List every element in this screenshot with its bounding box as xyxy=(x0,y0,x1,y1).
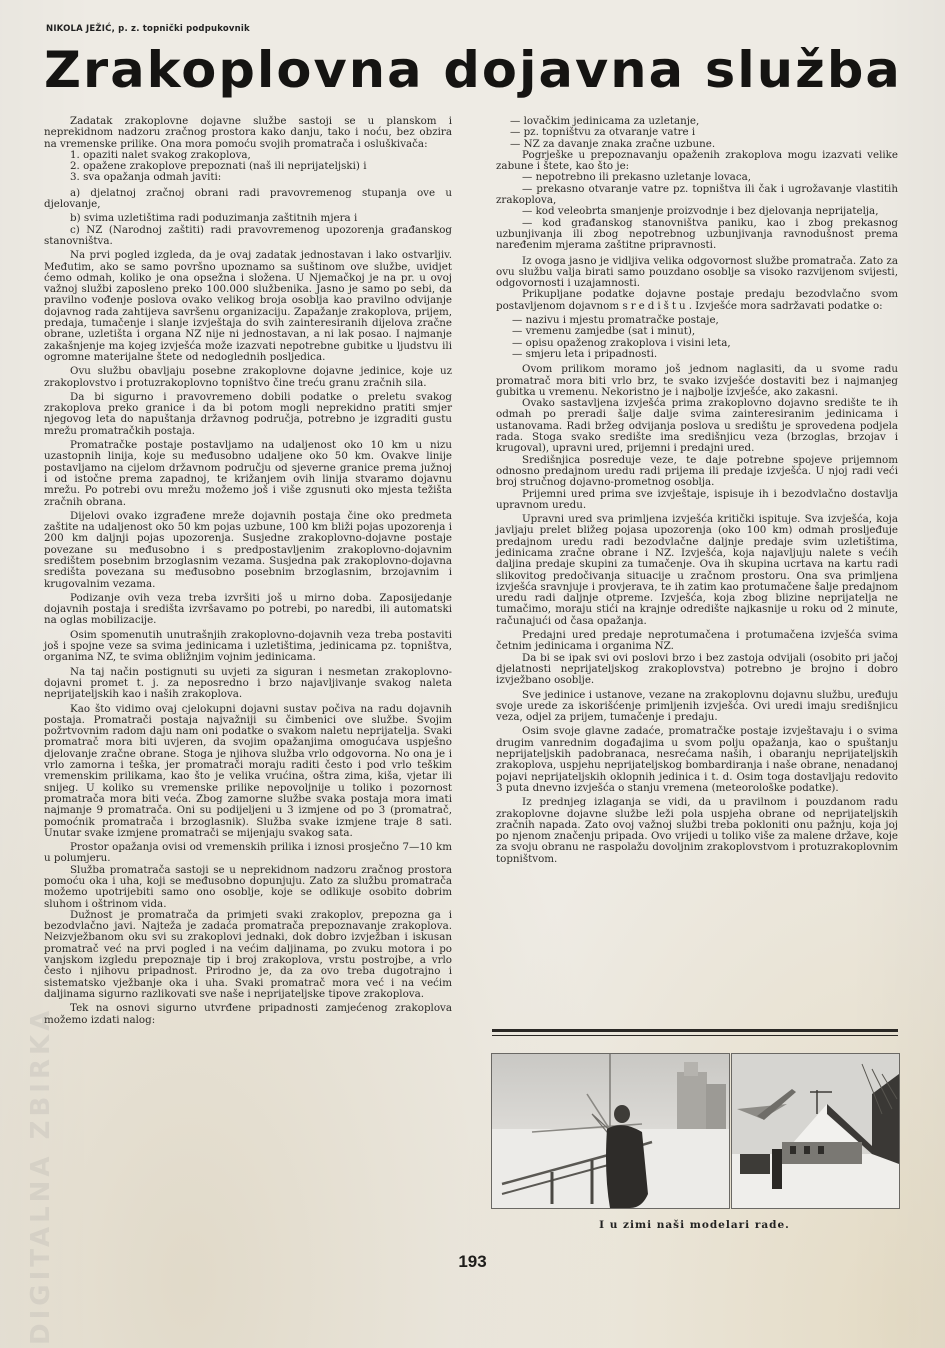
body-paragraph: Podizanje ovih veza treba izvršiti još u… xyxy=(44,593,452,627)
body-paragraph: Iz prednjeg izlaganja se vidi, da u prav… xyxy=(496,797,898,865)
body-paragraph: Ovu službu obavljaju posebne zrakoplovne… xyxy=(44,366,452,389)
body-paragraph: Dužnost je promatrača da primjeti svaki … xyxy=(44,910,452,1000)
body-paragraph: Da bi se ipak svi ovi poslovi brzo i bez… xyxy=(496,653,898,687)
body-paragraph: Ovom prilikom moramo još jednom naglasit… xyxy=(496,364,898,398)
body-paragraph: Na taj način postignuti su uvjeti za sig… xyxy=(44,667,452,701)
body-paragraph: Sve jedinice i ustanove, vezane na zrako… xyxy=(496,690,898,724)
body-paragraph: Iz ovoga jasno je vidljiva velika odgovo… xyxy=(496,256,898,290)
photo-left-image xyxy=(492,1054,729,1208)
report-list-item: — vremenu zamjedbe (sat i minut), xyxy=(496,326,898,337)
body-paragraph: Predajni ured predaje neprotumačena i pr… xyxy=(496,630,898,653)
body-paragraph: Tek na osnovi sigurno utvrđene pripadnos… xyxy=(44,1003,452,1026)
body-paragraph: Promatračke postaje postavljamo na udalj… xyxy=(44,440,452,508)
lettered-item: a) djelatnoj zračnoj obrani radi pravovr… xyxy=(44,188,452,211)
body-paragraph: Kao što vidimo ovaj cjelokupni dojavni s… xyxy=(44,704,452,840)
report-text-b: . Izvješće mora sadržavati podatke o: xyxy=(689,300,883,312)
numbered-item: 3. sva opažanja odmah javiti: xyxy=(44,172,452,183)
photo-caption: I u zimi naši modelari rade. xyxy=(491,1219,898,1231)
lettered-item: b) svima uzletištima radi poduzimanja za… xyxy=(44,213,452,224)
lettered-item: c) NZ (Narodnoj zaštiti) radi pravovreme… xyxy=(44,225,452,248)
right-column: — lovačkim jedinicama za uzletanje, — pz… xyxy=(496,116,898,868)
article-title: Zrakoplovna dojavna služba xyxy=(44,40,902,100)
report-text-spaced: središtu xyxy=(622,300,688,312)
body-paragraph: Upravni ured sva primljena izvješća krit… xyxy=(496,514,898,627)
body-paragraph: Na prvi pogled izgleda, da je ovaj zadat… xyxy=(44,250,452,363)
body-paragraph: Ovako sastavljena izvješća prima zrakopl… xyxy=(496,398,898,454)
body-paragraph: Da bi sigurno i pravovremeno dobili poda… xyxy=(44,392,452,437)
errors-list-item: — kod građanskog stanovništva paniku, ka… xyxy=(496,218,898,252)
author-byline: NIKOLA JEŽIĆ, p. z. topnički podpukovnik xyxy=(46,24,250,34)
body-paragraph: Služba promatrača sastoji se u neprekidn… xyxy=(44,865,452,910)
body-paragraph: Prostor opažanja ovisi od vremenskih pri… xyxy=(44,842,452,865)
body-paragraph: Dijelovi ovako izgrađene mreže dojavnih … xyxy=(44,511,452,590)
errors-list-item: — prekasno otvaranje vatre pz. topništva… xyxy=(496,184,898,207)
order-list-item: — pz. topništvu za otvaranje vatre i xyxy=(496,127,898,138)
photo-modeler-with-glider xyxy=(491,1053,730,1209)
left-column: Zadatak zrakoplovne dojavne službe sasto… xyxy=(44,116,452,1029)
intro-paragraph: Zadatak zrakoplovne dojavne službe sasto… xyxy=(44,116,452,150)
errors-list-item: — kod veleobrta smanjenje proizvodnje i … xyxy=(496,206,898,217)
photo-right-image xyxy=(732,1054,899,1208)
report-list-item: — smjeru leta i pripadnosti. xyxy=(496,349,898,360)
body-paragraph: Osim svoje glavne zadaće, promatračke po… xyxy=(496,726,898,794)
section-divider-rule xyxy=(492,1029,898,1036)
archive-watermark: DIGITALNA ZBIRKA xyxy=(26,1007,56,1345)
errors-intro: Pogrješke u prepoznavanju opaženih zrako… xyxy=(496,150,898,173)
page-number: 193 xyxy=(0,1252,945,1272)
body-paragraph: Središnjica posreduje veze, te daje potr… xyxy=(496,455,898,489)
report-paragraph: Prikupljane podatke dojavne postaje pred… xyxy=(496,289,898,312)
photo-village-airplane xyxy=(731,1053,900,1209)
body-paragraph: Prijemni ured prima sve izvještaje, ispi… xyxy=(496,489,898,512)
body-paragraph: Osim spomenutih unutrašnjih zrakoplovno-… xyxy=(44,630,452,664)
